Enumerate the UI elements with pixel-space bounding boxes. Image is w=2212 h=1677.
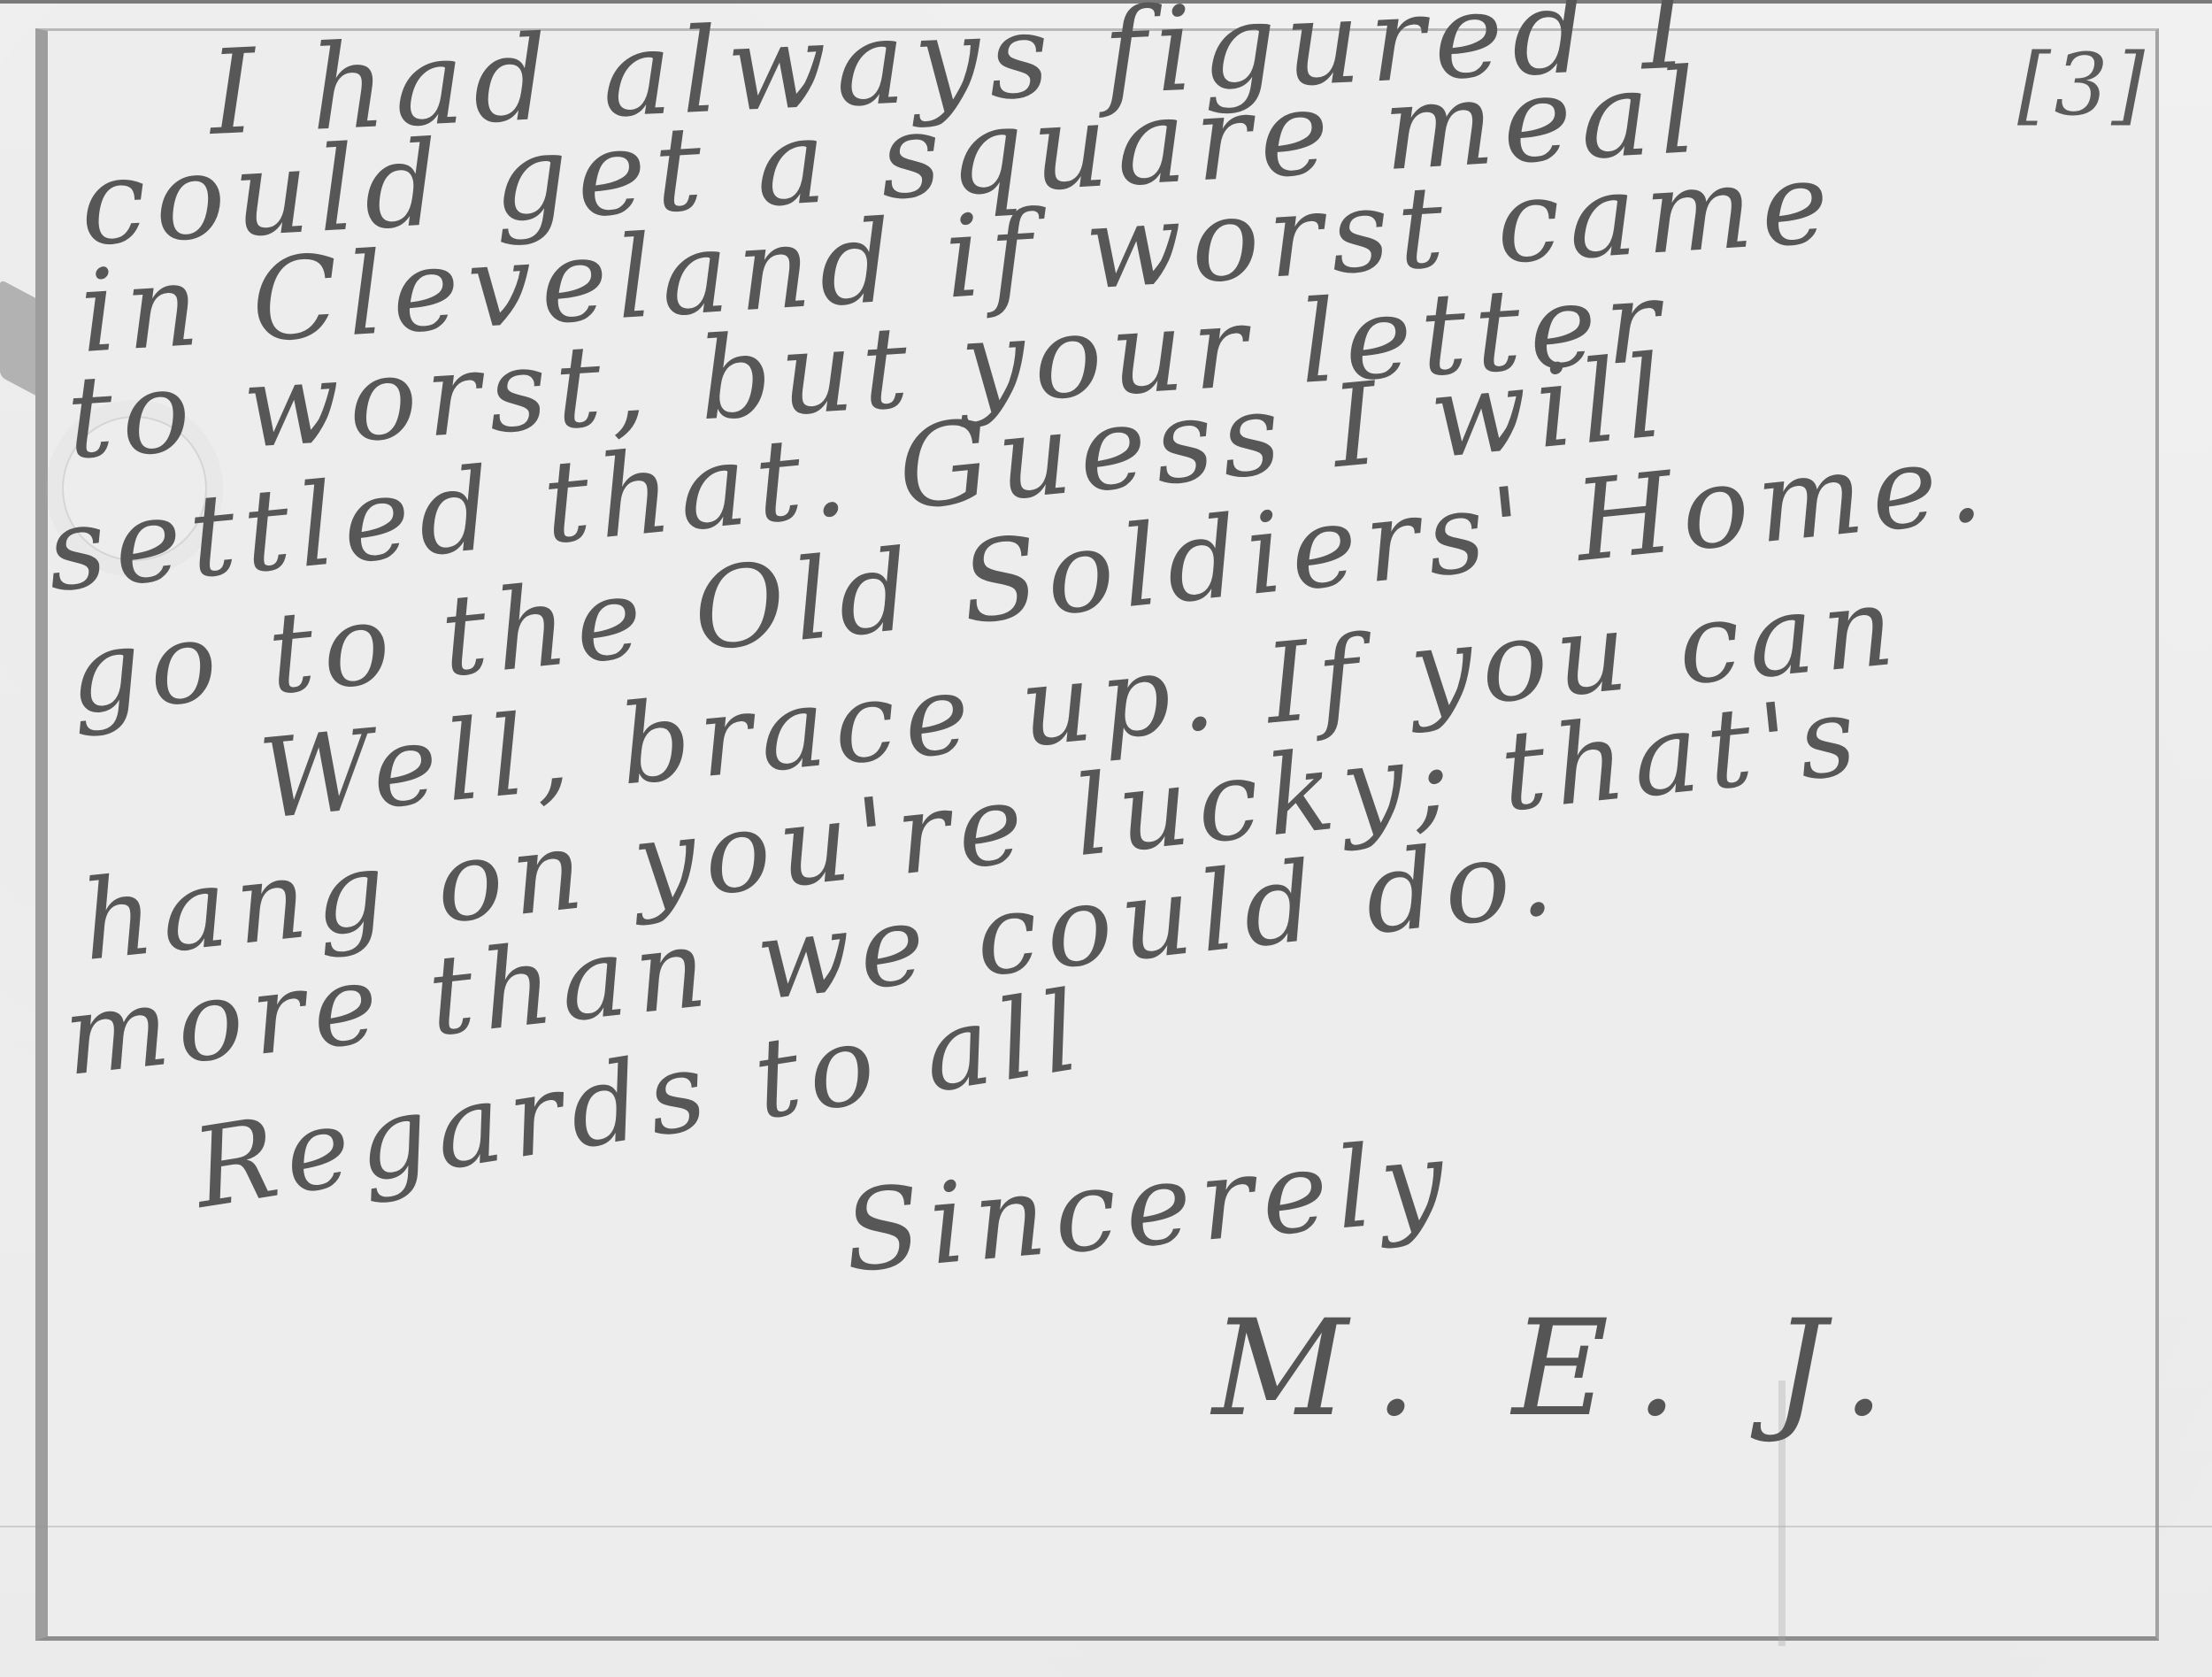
scanned-document: [3] I had always figured I could get a s… [0,0,2212,1677]
signature: M. E. J. [1212,1292,1911,1446]
fold-line [0,1526,2212,1527]
page-number: [3] [2017,35,2148,135]
